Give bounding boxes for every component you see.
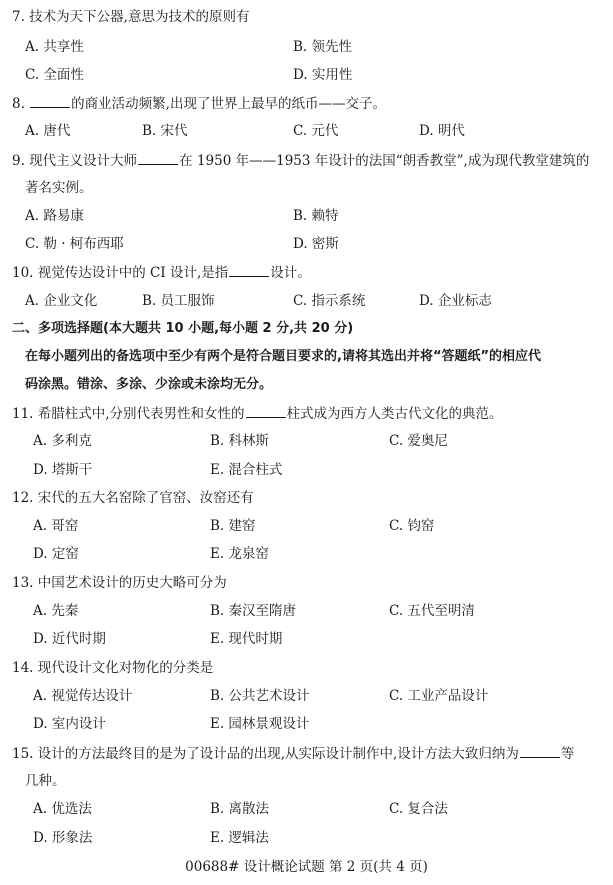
q14-option-d: D. 室内设计 bbox=[33, 715, 106, 733]
question-15: 15. 设计的方法最终目的是为了设计品的出现,从实际设计制作中,设计方法大致归纳… bbox=[12, 744, 574, 763]
section-heading: 二、多项选择题(本大题共 10 小题,每小题 2 分,共 20 分) bbox=[12, 320, 353, 338]
question-8: 8. 的商业活动频繁,出现了世界上最早的纸币——交子。 bbox=[12, 94, 386, 113]
question-10: 10. 视觉传达设计中的 CI 设计,是指设计。 bbox=[12, 263, 311, 282]
q10-suffix: 设计。 bbox=[270, 265, 311, 281]
q13-option-e: E. 现代时期 bbox=[210, 630, 282, 648]
q10-option-d: D. 企业标志 bbox=[419, 292, 492, 310]
q11-option-c: C. 爱奥尼 bbox=[389, 432, 448, 450]
q9-suffix: 在 1950 年——1953 年设计的法国“朗香教堂”,成为现代教堂建筑的 bbox=[179, 153, 589, 169]
question-12: 12. 宋代的五大名窑除了官窑、汝窑还有 bbox=[12, 489, 254, 507]
q7-option-b: B. 领先性 bbox=[293, 38, 352, 56]
q15-option-b: B. 离散法 bbox=[210, 800, 269, 818]
q13-option-c: C. 五代至明清 bbox=[389, 602, 475, 620]
q11-option-e: E. 混合柱式 bbox=[210, 461, 282, 479]
q8-option-b: B. 宋代 bbox=[142, 122, 188, 140]
page-footer: 00688# 设计概论试题 第 2 页(共 4 页) bbox=[0, 858, 613, 876]
q12-option-b: B. 建窑 bbox=[210, 517, 256, 535]
q8-option-c: C. 元代 bbox=[293, 122, 338, 140]
q8-suffix: 的商业活动频繁,出现了世界上最早的纸币——交子。 bbox=[71, 96, 386, 112]
q7-option-c: C. 全面性 bbox=[25, 66, 84, 84]
q10-option-a: A. 企业文化 bbox=[25, 292, 97, 310]
question-9-continuation: 著名实例。 bbox=[25, 179, 93, 197]
q13-option-a: A. 先秦 bbox=[33, 602, 78, 620]
q11-option-d: D. 塔斯干 bbox=[33, 461, 92, 479]
fill-blank bbox=[229, 263, 269, 277]
q13-option-b: B. 秦汉至隋唐 bbox=[210, 602, 296, 620]
q14-option-a: A. 视觉传达设计 bbox=[33, 687, 132, 705]
q9-option-d: D. 密斯 bbox=[293, 235, 339, 253]
question-7: 7. 技术为天下公器,意思为技术的原则有 bbox=[12, 8, 249, 26]
fill-blank bbox=[138, 151, 178, 165]
q15-prefix: 15. 设计的方法最终目的是为了设计品的出现,从实际设计制作中,设计方法大致归纳… bbox=[12, 746, 519, 762]
fill-blank bbox=[520, 744, 560, 758]
fill-blank bbox=[30, 94, 70, 108]
q11-option-b: B. 科林斯 bbox=[210, 432, 269, 450]
q13-option-d: D. 近代时期 bbox=[33, 630, 106, 648]
q14-option-b: B. 公共艺术设计 bbox=[210, 687, 310, 705]
q7-option-a: A. 共享性 bbox=[25, 38, 84, 56]
q12-option-d: D. 定窑 bbox=[33, 545, 79, 563]
q10-option-c: C. 指示系统 bbox=[293, 292, 365, 310]
q9-option-c: C. 勒 · 柯布西耶 bbox=[25, 235, 124, 253]
q12-option-c: C. 钧窑 bbox=[389, 517, 434, 535]
q8-option-d: D. 明代 bbox=[419, 122, 465, 140]
q10-prefix: 10. 视觉传达设计中的 CI 设计,是指 bbox=[12, 265, 228, 281]
q15-option-e: E. 逻辑法 bbox=[210, 829, 269, 847]
q9-option-b: B. 赖特 bbox=[293, 207, 339, 225]
fill-blank bbox=[246, 404, 286, 418]
q11-suffix: 柱式成为西方人类古代文化的典范。 bbox=[287, 406, 503, 422]
question-11: 11. 希腊柱式中,分别代表男性和女性的柱式成为西方人类古代文化的典范。 bbox=[12, 404, 503, 423]
q15-suffix: 等 bbox=[561, 746, 575, 762]
q15-option-c: C. 复合法 bbox=[389, 800, 448, 818]
q11-option-a: A. 多利克 bbox=[33, 432, 92, 450]
question-14: 14. 现代设计文化对物化的分类是 bbox=[12, 659, 213, 677]
q8-option-a: A. 唐代 bbox=[25, 122, 70, 140]
q15-option-d: D. 形象法 bbox=[33, 829, 92, 847]
q12-option-a: A. 哥窑 bbox=[33, 517, 78, 535]
q14-option-c: C. 工业产品设计 bbox=[389, 687, 488, 705]
question-9: 9. 现代主义设计大师在 1950 年——1953 年设计的法国“朗香教堂”,成… bbox=[12, 151, 589, 170]
question-13: 13. 中国艺术设计的历史大略可分为 bbox=[12, 574, 227, 592]
q10-option-b: B. 员工服饰 bbox=[142, 292, 215, 310]
q11-prefix: 11. 希腊柱式中,分别代表男性和女性的 bbox=[12, 406, 245, 422]
q15-option-a: A. 优选法 bbox=[33, 800, 92, 818]
q8-prefix: 8. bbox=[12, 96, 29, 112]
section-instruction-line1: 在每小题列出的备选项中至少有两个是符合题目要求的,请将其选出并将“答题纸”的相应… bbox=[25, 348, 541, 366]
q7-option-d: D. 实用性 bbox=[293, 66, 352, 84]
q14-option-e: E. 园林景观设计 bbox=[210, 715, 309, 733]
question-15-continuation: 几种。 bbox=[25, 772, 66, 790]
q9-prefix: 9. 现代主义设计大师 bbox=[12, 153, 137, 169]
q12-option-e: E. 龙泉窑 bbox=[210, 545, 269, 563]
section-instruction-line2: 码涂黑。错涂、多涂、少涂或未涂均无分。 bbox=[25, 376, 272, 394]
q9-option-a: A. 路易康 bbox=[25, 207, 84, 225]
